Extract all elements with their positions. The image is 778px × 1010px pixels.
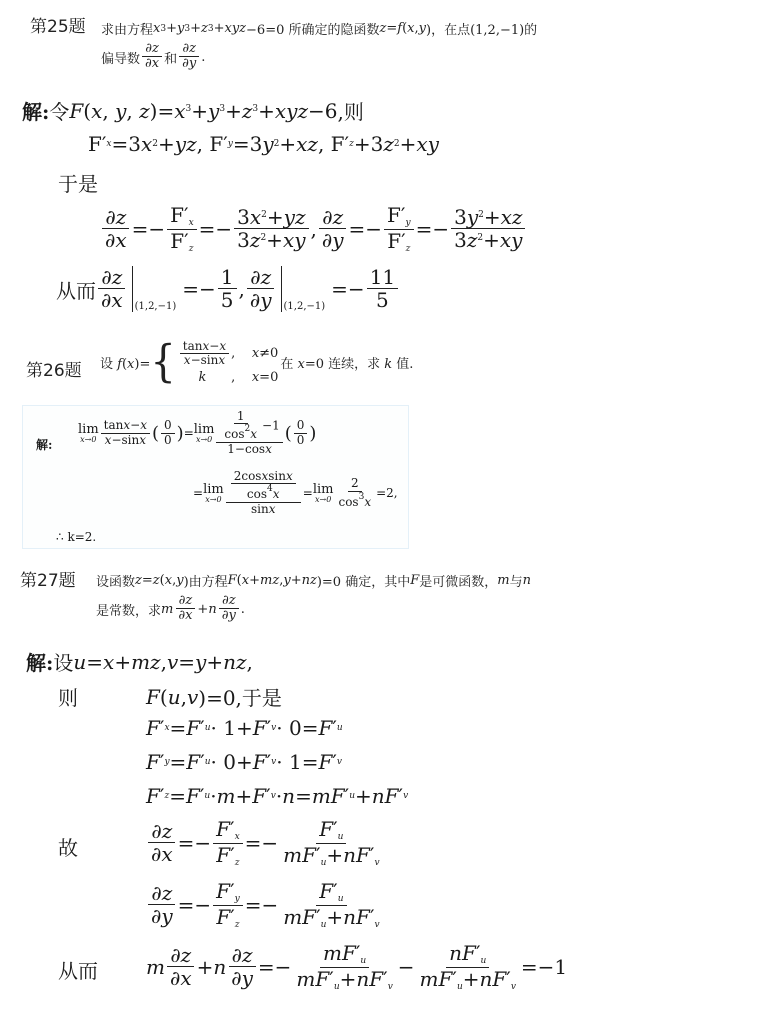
problem-27-solution-line7: ∂z∂y=− F′yF′z=− F′umF′u+nF′v xyxy=(146,880,385,930)
problem-27-solution-line1: 解:设 u=x+mz, v=y+nz, xyxy=(26,647,253,676)
problem-25-question-line1: 求由方程 x3+y3+z3+xyz−6=0 所确定的隐函数 z=f(x,y)，在… xyxy=(101,19,537,38)
problem-27-solution-line2: F(u,v)=0,于是 xyxy=(146,682,282,711)
problem-27-therefore-label: 故 xyxy=(58,832,78,861)
problem-27-hence-label: 从而 xyxy=(58,955,98,984)
problem-25-result: 从而 ∂z∂x (1,2,−1) =−15, ∂z∂y (1,2,−1) =−1… xyxy=(56,266,400,312)
problem-27-solution-line8: m∂z∂x+n ∂z∂y=− mF′umF′u+nF′v− nF′umF′u+n… xyxy=(146,942,567,992)
problem-26-step2: =limx→0 2cosxsinxcos4xsinx =limx→0 2cos3… xyxy=(193,470,398,517)
problem-27-label: 第27题 xyxy=(20,566,76,591)
problem-25-question-line2: 偏导数 ∂z∂x 和 ∂z∂y . xyxy=(101,42,205,72)
problem-26-conclusion: ∴ k=2. xyxy=(56,530,96,544)
problem-26-question: 设 f(x)= { tanx−xx−sinx, x≠0 k , x=0 在 x=… xyxy=(100,340,413,385)
problem-27-then-label: 则 xyxy=(58,682,78,711)
problem-27-solution-line4: F′y=F′u · 0+F′v · 1=F′v xyxy=(146,750,342,774)
problem-25-label: 第25题 xyxy=(30,12,86,37)
problem-25-solution-line1: 解:令 F(x, y, z)=x3+y3+z3+xyz−6,则 xyxy=(22,96,364,125)
problem-25-partial-derivatives: ∂z∂x=− F′xF′z=− 3x2+yz3z2+xy, ∂z∂y=− F′y… xyxy=(100,204,527,254)
problem-26-solution-label: 解: xyxy=(36,436,52,453)
problem-27-solution-line5: F′z=F′u · m+F′v · n=mF′u+nF′v xyxy=(146,784,408,808)
problem-26-step1: limx→0 tanx−xx−sinx (00)= limx→0 1cos2x−… xyxy=(78,410,316,457)
problem-27-solution-line3: F′x=F′u · 1+F′v · 0=F′u xyxy=(146,716,343,740)
problem-25-solution-line3: 于是 xyxy=(58,168,98,197)
problem-25-solution-line2: F′x=3x2+yz, F′y=3y2+xz, F′z+3z2+xy xyxy=(88,132,439,156)
problem-27-question-line2: 是常数，求 m ∂z∂x+n ∂z∂y. xyxy=(96,594,245,624)
problem-26-label: 第26题 xyxy=(26,356,82,381)
problem-27-question-line1: 设函数 z=z(x,y)由方程 F(x+mz,y+nz)=0 确定，其中 F 是… xyxy=(96,571,531,590)
problem-27-solution-line6: ∂z∂x=− F′xF′z=− F′umF′u+nF′v xyxy=(146,818,385,868)
